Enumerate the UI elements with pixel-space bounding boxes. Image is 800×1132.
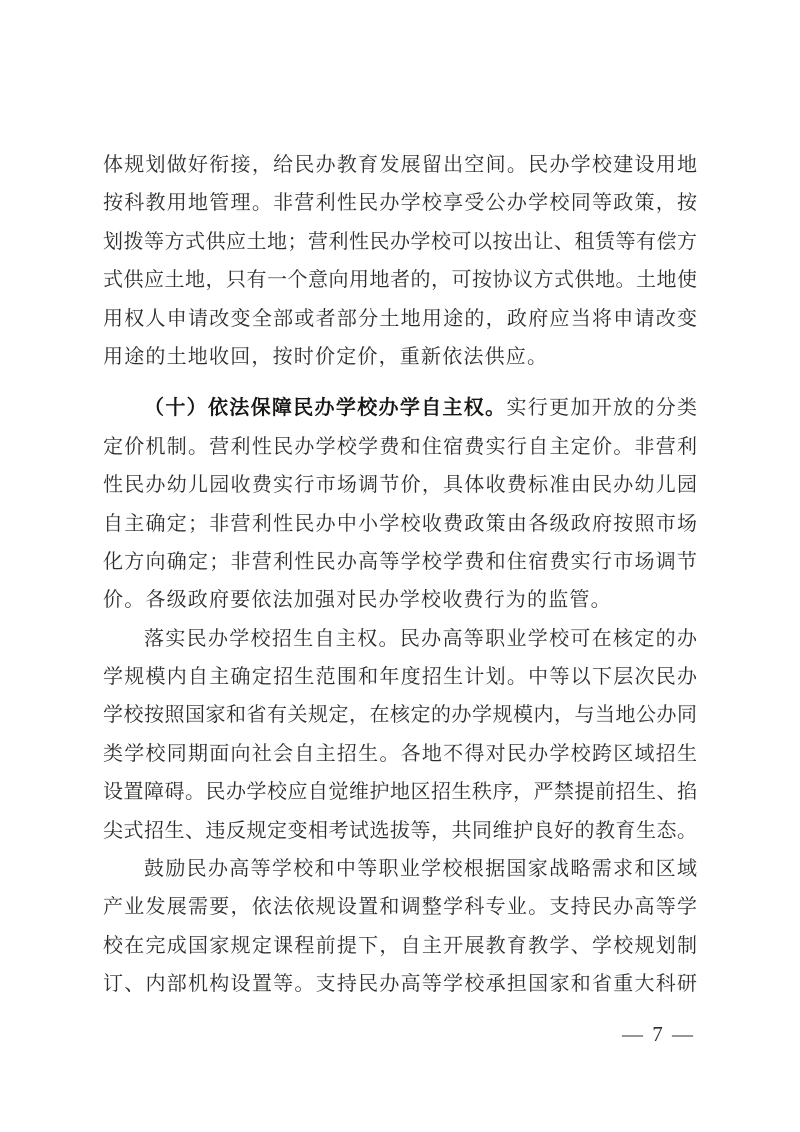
page-number: — 7 — xyxy=(103,1021,697,1047)
text-line: 产业发展需要，依法依规设置和调整学科专业。支持民办高等学 xyxy=(103,888,697,926)
line-text: 类学校同期面向社会自主招生。各地不得对民办学校跨区域招生 xyxy=(103,743,697,765)
text-line: 价。各级政府要依法加强对民办学校收费行为的监管。 xyxy=(103,581,697,619)
line-text: 价。各级政府要依法加强对民办学校收费行为的监管。 xyxy=(103,589,612,611)
line-text: 学规模内自主确定招生范围和年度招生计划。中等以下层次民办 xyxy=(103,666,697,688)
text-line: 订、内部机构设置等。支持民办高等学校承担国家和省重大科研 xyxy=(103,965,697,1003)
line-text: 划拨等方式供应土地；营利性民办学校可以按出让、租赁等有偿方 xyxy=(103,231,697,253)
line-text: 按科教用地管理。非营利性民办学校享受公办学校同等政策，按 xyxy=(103,192,697,214)
text-line: 校在完成国家规定课程前提下，自主开展教育教学、学校规划制 xyxy=(103,927,697,965)
line-text: 订、内部机构设置等。支持民办高等学校承担国家和省重大科研 xyxy=(103,973,697,995)
text-line: 式供应土地，只有一个意向用地者的，可按协议方式供地。土地使 xyxy=(103,261,697,299)
text-line: 学校按照国家和省有关规定，在核定的办学规模内，与当地公办同 xyxy=(103,696,697,734)
line-text: 用途的土地收回，按时价定价，重新依法供应。 xyxy=(103,346,548,368)
line-text: 落实民办学校招生自主权。民办高等职业学校可在核定的办 xyxy=(144,628,697,650)
line-text: 鼓励民办高等学校和中等职业学校根据国家战略需求和区域 xyxy=(144,858,697,880)
line-text: 学校按照国家和省有关规定，在核定的办学规模内，与当地公办同 xyxy=(103,704,697,726)
text-line: 设置障碍。民办学校应自觉维护地区招生秩序，严禁提前招生、掐 xyxy=(103,773,697,811)
line-text: 校在完成国家规定课程前提下，自主开展教育教学、学校规划制 xyxy=(103,935,697,957)
text-line: 用权人申请改变全部或者部分土地用途的，政府应当将申请改变 xyxy=(103,300,697,338)
line-text: 设置障碍。民办学校应自觉维护地区招生秩序，严禁提前招生、掐 xyxy=(103,781,697,803)
text-line: 用途的土地收回，按时价定价，重新依法供应。 xyxy=(103,338,697,376)
text-line: 划拨等方式供应土地；营利性民办学校可以按出让、租赁等有偿方 xyxy=(103,223,697,261)
line-text: 产业发展需要，依法依规设置和调整学科专业。支持民办高等学 xyxy=(103,896,697,918)
text-line: 鼓励民办高等学校和中等职业学校根据国家战略需求和区域 xyxy=(103,850,697,888)
text-line: 尖式招生、违反规定变相考试选拔等，共同维护良好的教育生态。 xyxy=(103,812,697,850)
line-text: 化方向确定；非营利性民办高等学校学费和住宿费实行市场调节 xyxy=(103,551,697,573)
section-heading: （十）依法保障民办学校办学自主权。 xyxy=(144,397,506,419)
text-line: 定价机制。营利性民办学校学费和住宿费实行自主定价。非营利 xyxy=(103,428,697,466)
line-text: 自主确定；非营利性民办中小学校收费政策由各级政府按照市场 xyxy=(103,513,697,535)
text-line: 落实民办学校招生自主权。民办高等职业学校可在核定的办 xyxy=(103,620,697,658)
text-line: （十）依法保障民办学校办学自主权。实行更加开放的分类 xyxy=(103,389,697,427)
text-line: 自主确定；非营利性民办中小学校收费政策由各级政府按照市场 xyxy=(103,505,697,543)
text-line: 类学校同期面向社会自主招生。各地不得对民办学校跨区域招生 xyxy=(103,735,697,773)
line-text: 性民办幼儿园收费实行市场调节价，具体收费标准由民办幼儿园 xyxy=(103,474,697,496)
line-text: 用权人申请改变全部或者部分土地用途的，政府应当将申请改变 xyxy=(103,308,697,330)
text-line: 体规划做好衔接，给民办教育发展留出空间。民办学校建设用地 xyxy=(103,146,697,184)
line-text: 尖式招生、违反规定变相考试选拔等，共同维护良好的教育生态。 xyxy=(103,820,697,842)
text-line: 化方向确定；非营利性民办高等学校学费和住宿费实行市场调节 xyxy=(103,543,697,581)
text-line: 按科教用地管理。非营利性民办学校享受公办学校同等政策，按 xyxy=(103,184,697,222)
text-line: 性民办幼儿园收费实行市场调节价，具体收费标准由民办幼儿园 xyxy=(103,466,697,504)
text-line: 学规模内自主确定招生范围和年度招生计划。中等以下层次民办 xyxy=(103,658,697,696)
document-page: 体规划做好衔接，给民办教育发展留出空间。民办学校建设用地 按科教用地管理。非营利… xyxy=(0,0,800,1132)
line-text: 实行更加开放的分类 xyxy=(506,397,697,419)
line-text: 定价机制。营利性民办学校学费和住宿费实行自主定价。非营利 xyxy=(103,436,697,458)
line-text: 式供应土地，只有一个意向用地者的，可按协议方式供地。土地使 xyxy=(103,269,697,291)
line-text: 体规划做好衔接，给民办教育发展留出空间。民办学校建设用地 xyxy=(103,154,697,176)
document-text: 体规划做好衔接，给民办教育发展留出空间。民办学校建设用地 按科教用地管理。非营利… xyxy=(103,146,697,1047)
